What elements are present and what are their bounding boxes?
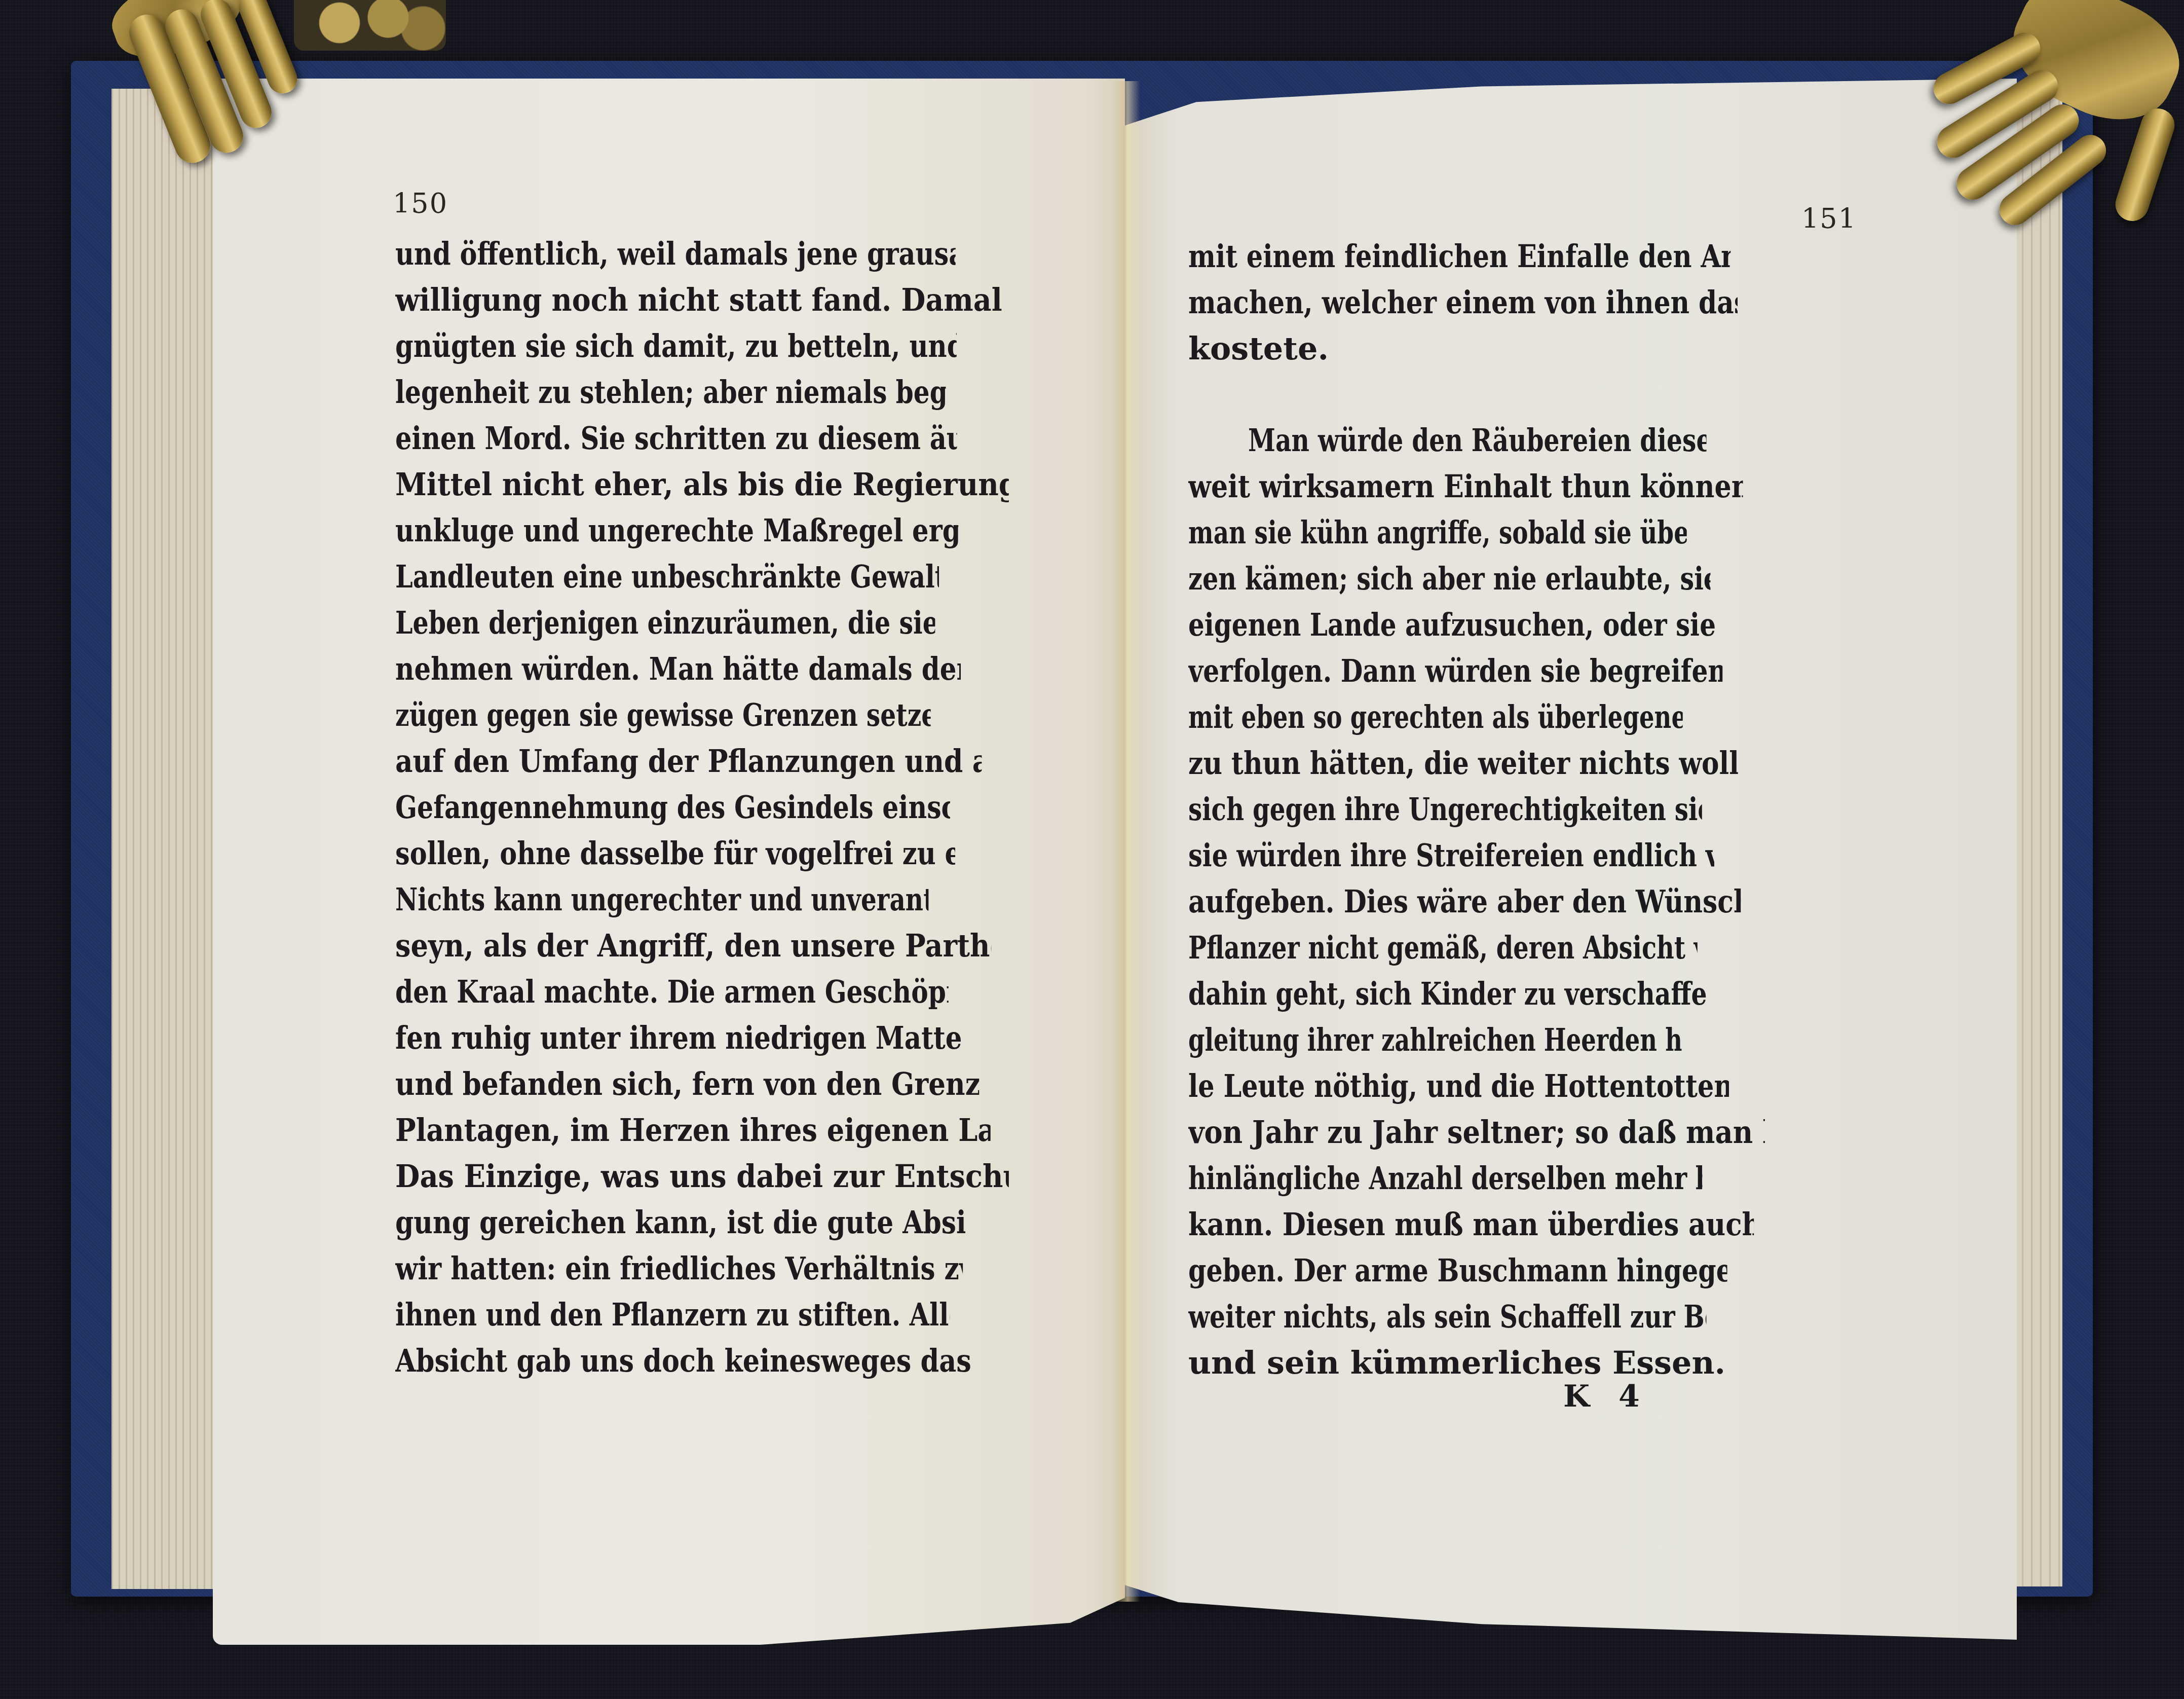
text-line: gleitung ihrer zahlreichen Heerden haben… [1188,1017,1682,1063]
text-line: zügen gegen sie gewisse Grenzen setzen, … [395,692,931,738]
text-line: aufgeben. Dies wäre aber den Wünschen de… [1188,878,1741,925]
text-line: und befanden sich, fern von den Grenzen … [395,1061,979,1107]
text-line: Absicht gab uns doch keinesweges das Rec… [395,1338,972,1384]
left-page-text: und öffentlich, weil damals jene grausam… [395,231,1077,1384]
text-line: den Kraal machte. Die armen Geschöpfe sc… [395,969,949,1015]
text-line: eigenen Lande aufzusuchen, oder sie dahi… [1188,602,1720,648]
printer-signature-mark: K 4 [1563,1379,1649,1414]
paragraph-break [1188,372,1847,417]
text-line: kostete. [1188,325,1847,372]
page-number-right: 151 [1801,203,1857,235]
brass-hand-weight-left-icon[interactable] [91,0,375,198]
text-line: Gefangennehmung des Gesindels einschränk… [395,784,950,830]
text-line: Mittel nicht eher, als bis die Regierung… [395,461,1009,507]
text-line: fen ruhig unter ihrem niedrigen Mattenda… [395,1015,961,1061]
right-page-text: mit einem feindlichen Einfalle den Anfan… [1188,233,1847,1386]
text-line: weit wirksamern Einhalt thun können, wen… [1188,463,1743,509]
text-line: seyn, als der Angriff, den unsere Parthe… [395,922,991,969]
text-line: hinlängliche Anzahl derselben mehr bekom… [1188,1155,1702,1201]
text-line: le Leute nöthig, und die Hottentotten we… [1188,1063,1729,1109]
text-line: dahin geht, sich Kinder zu verschaffen. … [1188,971,1707,1017]
text-line: geben. Der arme Buschmann hingegen erhäl… [1188,1247,1727,1294]
text-line: Leben derjenigen einzuräumen, die sie ge… [395,600,935,646]
text-line: man sie kühn angriffe, sobald sie über i… [1188,509,1687,556]
text-line: kann. Diesen muß man überdies auch Lohn [1188,1201,1754,1247]
text-line: zu thun hätten, die weiter nichts wollte… [1188,740,1738,786]
text-line: einen Mord. Sie schritten zu diesem äuße… [395,415,957,461]
text-line: sollen, ohne dasselbe für vogelfrei zu e… [395,830,955,876]
text-line: ihnen und den Pflanzern zu stiften. Alle… [395,1291,950,1338]
text-line: wir hatten: ein friedliches Verhältnis z… [395,1245,963,1291]
text-line: Man würde den Räubereien dieser Wilden [1188,417,1707,463]
text-line: nehmen würden. Man hätte damals den Stre… [395,646,961,692]
text-line: verfolgen. Dann würden sie begreifen, da… [1188,648,1722,694]
text-line: unkluge und ungerechte Maßregel ergriff,… [395,507,958,553]
text-line: mit einem feindlichen Einfalle den Anfan… [1188,233,1730,279]
text-line: sich gegen ihre Ungerechtigkeiten sicher… [1188,786,1702,832]
text-line: und öffentlich, weil damals jene grausam… [395,231,956,277]
page-number-left: 150 [393,188,448,219]
text-line: legenheit zu stehlen; aber niemals begin… [395,369,946,415]
text-line: Landleuten eine unbeschränkte Gewalt übe… [395,553,939,600]
text-line: Plantagen, im Herzen ihres eigenen Lande… [395,1107,991,1153]
text-line: weiter nichts, als sein Schaffell zur Be… [1188,1294,1706,1340]
text-line: mit eben so gerechten als überlegenen Me… [1188,694,1683,740]
text-line: auf den Umfang der Pflanzungen und auf d… [395,738,982,784]
text-line: machen, welcher einem von ihnen das Lebe… [1188,279,1738,325]
text-line: gung gereichen kann, ist die gute Absich… [395,1199,965,1245]
text-line: willigung noch nicht statt fand. Damals … [395,277,1003,323]
hand-thumb [2111,104,2179,225]
book-gutter [1112,81,1140,1602]
text-line: von Jahr zu Jahr seltner; so daß man kei… [1188,1109,1765,1155]
text-line: und sein kümmerliches Essen. [1188,1340,1847,1386]
left-page-stack-edge [111,89,218,1589]
text-line: Das Einzige, was uns dabei zur Entschuld… [395,1153,1009,1199]
text-line: sie würden ihre Streifereien endlich von… [1188,832,1714,878]
brass-hand-weight-right-icon[interactable] [1895,0,2184,233]
text-line: Nichts kann ungerechter und unverantwort… [395,876,928,922]
text-line: Pflanzer nicht gemäß, deren Absicht vorn… [1188,925,1698,971]
text-line: zen kämen; sich aber nie erlaubte, sie i… [1188,556,1710,602]
text-line: gnügten sie sich damit, zu betteln, und … [395,323,957,369]
